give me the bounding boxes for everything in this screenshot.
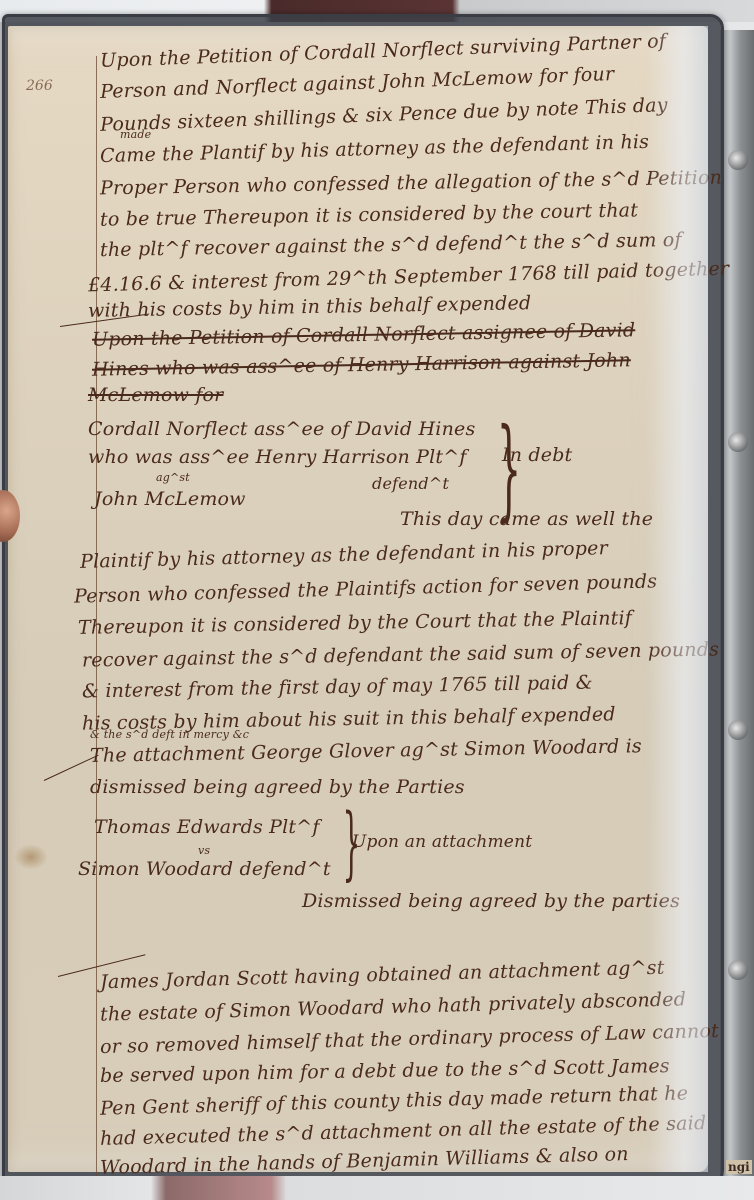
defendant-label: defend^t [372, 474, 449, 493]
binder-ring-bottom [728, 960, 748, 980]
text-line: Pounds sixteen shillings & six Pence due… [100, 94, 668, 136]
binder-edge [720, 30, 754, 1180]
versus-label: ag^st [156, 471, 190, 484]
manuscript-page: 266 Upon the Petition of Cordall Norflec… [8, 26, 708, 1172]
binder-ring-lower [728, 720, 748, 740]
text-line: dismissed being agreed by the Parties [90, 776, 465, 798]
result-label: Dismissed being agreed by the parties [302, 890, 680, 912]
text-line: & interest from the first day of may 176… [82, 672, 593, 703]
text-line: Thereupon it is considered by the Court … [78, 607, 632, 639]
text-line: This day came as well the [400, 508, 653, 530]
page-number: 266 [26, 78, 53, 94]
text-line: with his costs by him in this behalf exp… [88, 292, 532, 322]
background-bottom [0, 1176, 754, 1200]
text-line: £4.16.6 & interest from 29^th September … [88, 258, 730, 297]
versus-label: vs [198, 844, 210, 857]
plaintiff-line: Cordall Norflect ass^ee of David Hines [88, 418, 475, 440]
struck-text-line: McLemow for [88, 384, 223, 406]
defendant-line: Simon Woodard defend^t [78, 858, 331, 880]
text-line: the plt^f recover against the s^d defend… [100, 229, 682, 261]
interlinear-note: & the s^d deft in mercy &c [90, 728, 249, 741]
plaintiff-line: Thomas Edwards Plt^f [94, 816, 320, 838]
interlinear-note: made [120, 128, 151, 141]
text-line: to be true Thereupon it is considered by… [100, 199, 638, 230]
text-line: the estate of Simon Woodard who hath pri… [100, 988, 687, 1025]
text-line: Person who confessed the Plaintifs actio… [74, 570, 658, 607]
text-line: James Jordan Scott having obtained an at… [100, 957, 665, 994]
action-label: In debt [502, 444, 572, 466]
text-line: Plaintif by his attorney as the defendan… [80, 537, 608, 573]
defendant-name: John McLemow [94, 488, 246, 510]
ink-stain [14, 844, 48, 870]
text-line: or so removed himself that the ordinary … [100, 1020, 719, 1058]
text-line: be served upon him for a debt due to the… [100, 1055, 670, 1087]
text-line: Proper Person who confessed the allegati… [100, 167, 722, 200]
struck-text-line: Upon the Petition of Cordall Norflect as… [92, 319, 636, 350]
struck-text-line: Hines who was ass^ee of Henry Harrison a… [92, 349, 631, 380]
action-label: Upon an attachment [352, 832, 532, 852]
text-line: recover against the s^d defendant the sa… [82, 638, 719, 671]
plaintiff-line: who was ass^ee Henry Harrison Plt^f [88, 446, 467, 468]
binder-ring-upper [728, 432, 748, 452]
binder-ring-top [728, 150, 748, 170]
adjacent-page-fragment: ngi [726, 1160, 752, 1174]
text-line: Came the Plantif by his attorney as the … [100, 131, 650, 167]
